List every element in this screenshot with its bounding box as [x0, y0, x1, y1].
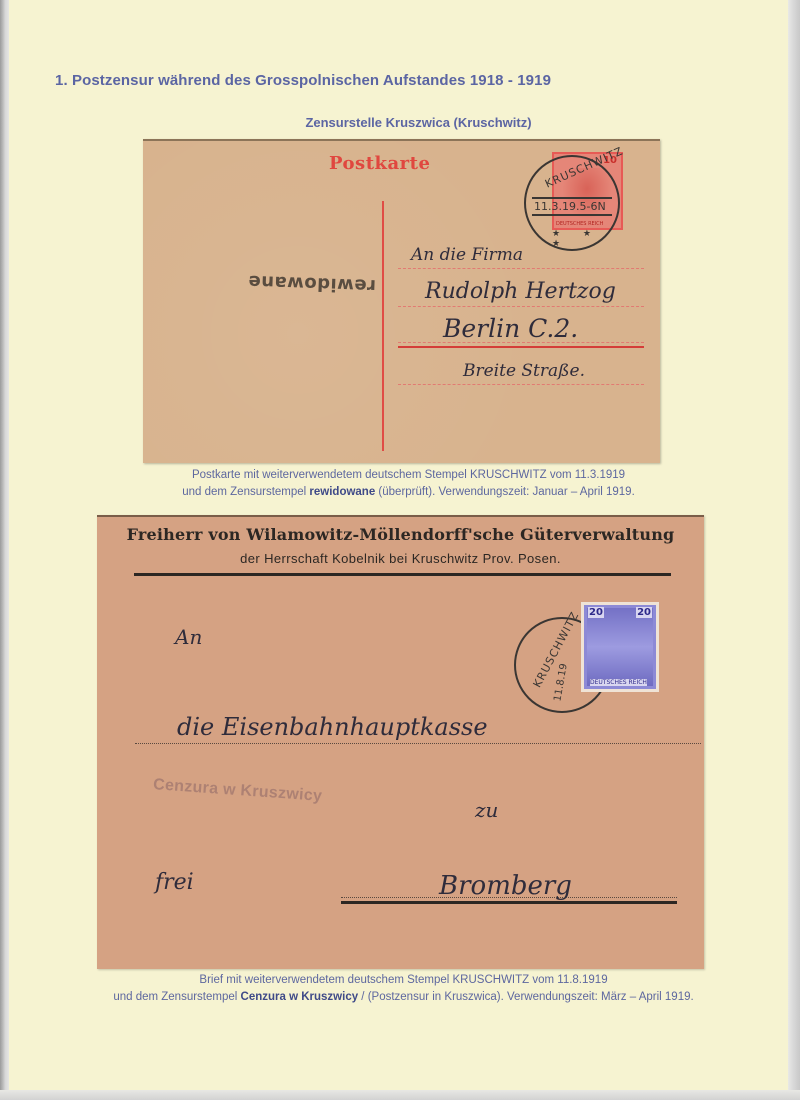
address-line-1: An die Firma: [411, 245, 523, 265]
postmark-date: 11.3.19.5-6N: [532, 197, 612, 216]
postcard-header: Postkarte: [329, 153, 430, 174]
postmark-kruschwitz: KRUSCHWITZ 11.3.19.5-6N ★ ★ ★: [524, 155, 620, 251]
postcard-divider: [382, 201, 384, 451]
album-page: 1. Postzensur während des Grosspolnische…: [9, 0, 788, 1090]
envelope: Freiherr von Wilamowitz-Möllendorff'sche…: [97, 515, 704, 969]
caption-text: / (Postzensur in Kruszwica). Verwendungs…: [358, 991, 694, 1003]
address-salutation: An: [175, 625, 202, 649]
letterhead-rule: [134, 573, 671, 576]
scan-edge-bottom: [0, 1090, 800, 1100]
letterhead-line-1: Freiherr von Wilamowitz-Möllendorff'sche…: [97, 525, 704, 544]
stamp-value-left: 20: [588, 607, 604, 618]
caption-bold-term: rewidowane: [309, 486, 375, 498]
page-title: 1. Postzensur während des Grosspolnische…: [55, 72, 551, 89]
letterhead-line-2: der Herrschaft Kobelnik bei Kruschwitz P…: [97, 551, 704, 566]
censor-stamp-cenzura: Cenzura w Kruszwicy: [153, 776, 323, 806]
address-line-2: Rudolph Hertzog: [425, 279, 616, 304]
postmark-stars-icon: ★ ★ ★: [552, 229, 618, 249]
address-recipient: die Eisenbahnhauptkasse: [177, 713, 488, 741]
caption-bold-term: Cenzura w Kruszwicy: [241, 991, 359, 1003]
caption-envelope: Brief mit weiterverwendetem deutschem St…: [9, 972, 788, 1006]
address-underline: [398, 346, 644, 348]
address-line: [398, 384, 644, 385]
address-line: [398, 306, 644, 307]
address-preposition: zu: [475, 798, 498, 822]
scan-edge-right: [788, 0, 800, 1100]
postmark-date: 11.8.19: [552, 663, 569, 703]
caption-text: und dem Zensurstempel: [113, 991, 240, 1003]
stamp-value-right: 20: [636, 607, 652, 618]
caption-text: und dem Zensurstempel: [182, 486, 309, 498]
scan-edge-left: [0, 0, 9, 1100]
stamp-country: DEUTSCHES REICH: [590, 679, 647, 686]
address-line: [398, 268, 644, 269]
address-dotted-line: [135, 743, 701, 744]
germania-stamp-20: 20 20 DEUTSCHES REICH: [581, 602, 659, 692]
caption-postcard-line2: und dem Zensurstempel rewidowane (überpr…: [29, 484, 788, 501]
address-underline: [341, 901, 677, 904]
censor-stamp-rewidowane: rewidowane: [248, 271, 377, 296]
caption-envelope-line2: und dem Zensurstempel Cenzura w Kruszwic…: [19, 989, 788, 1006]
address-line-3: Berlin C.2.: [443, 314, 578, 343]
caption-postcard-line1: Postkarte mit weiterverwendetem deutsche…: [29, 467, 788, 484]
franking-note: frei: [155, 870, 194, 895]
postcard: Postkarte 10 DEUTSCHES REICH KRUSCHWITZ …: [143, 139, 660, 463]
address-line-4: Breite Straße.: [463, 361, 585, 381]
caption-envelope-line1: Brief mit weiterverwendetem deutschem St…: [19, 972, 788, 989]
germania-icon: [587, 608, 653, 686]
caption-postcard: Postkarte mit weiterverwendetem deutsche…: [9, 467, 788, 501]
address-dotted-line: [341, 897, 677, 898]
section-subtitle: Zensurstelle Kruszwica (Kruschwitz): [9, 115, 788, 130]
caption-text: (überprüft). Verwendungszeit: Januar – A…: [375, 486, 635, 498]
